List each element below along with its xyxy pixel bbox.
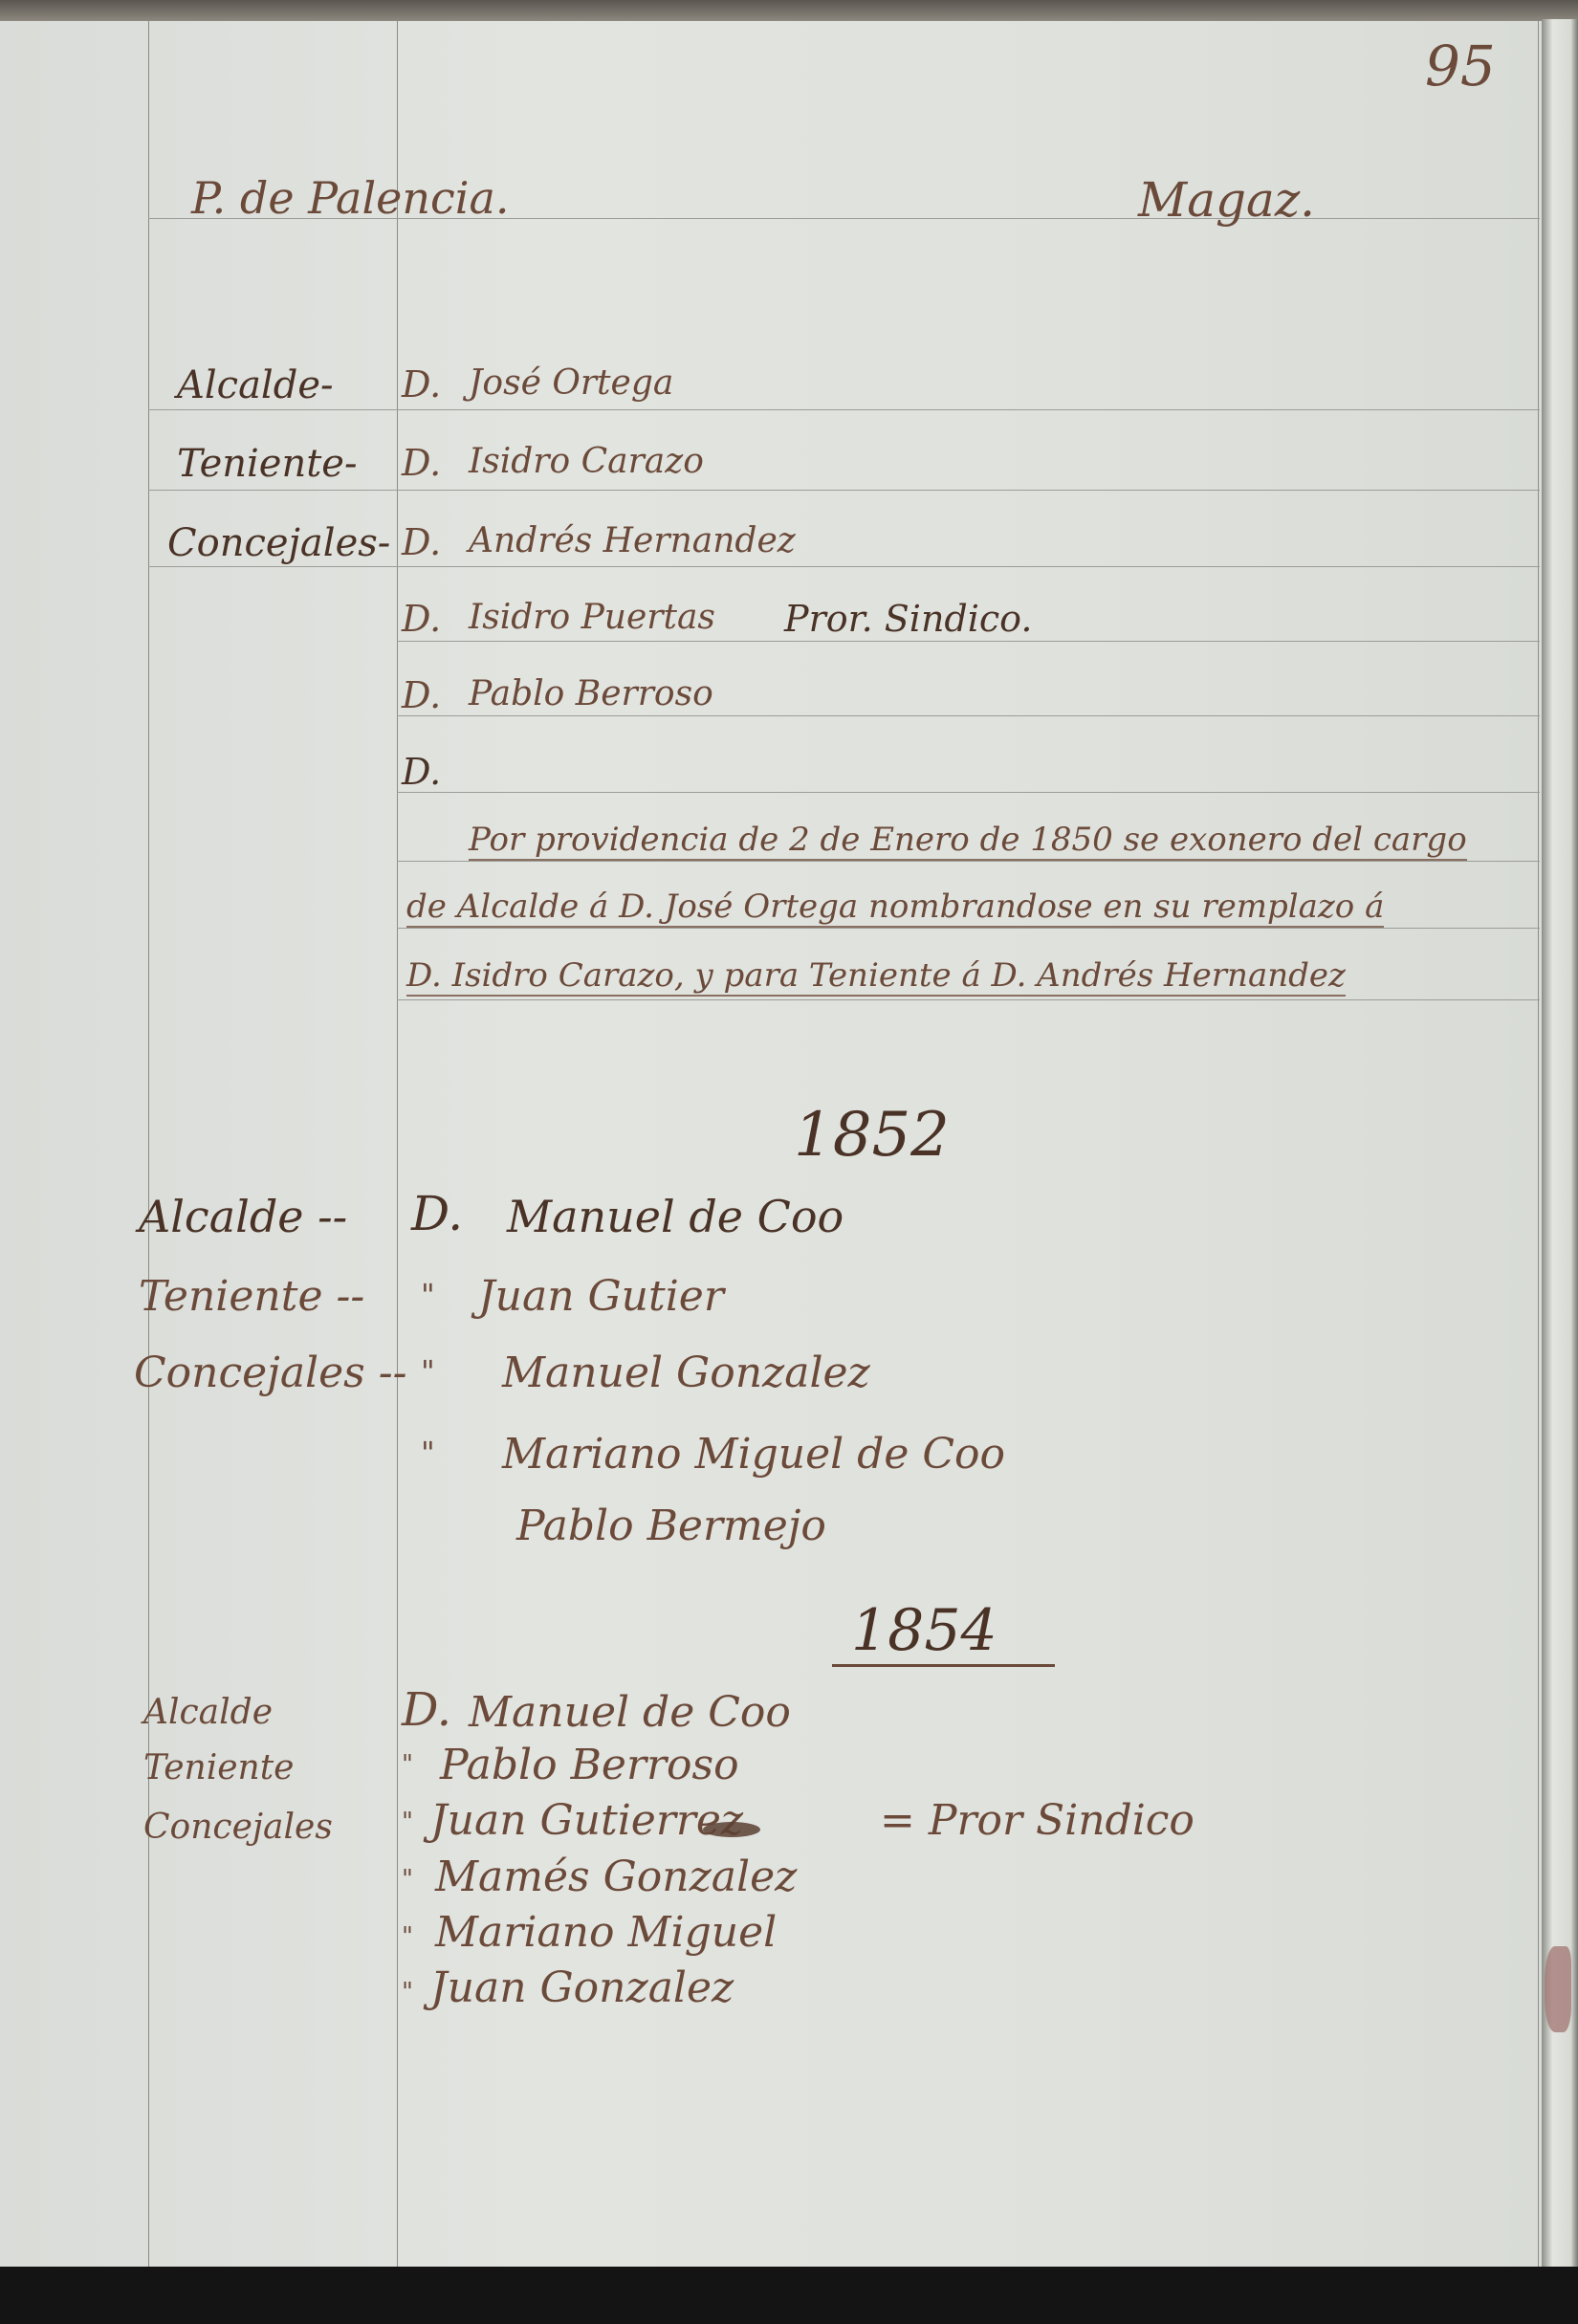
member-name: Juan Gutier [478, 1272, 724, 1321]
prefix: D. [402, 598, 441, 640]
role-label: Alcalde [143, 1693, 273, 1732]
rule [148, 566, 1540, 567]
rule [397, 641, 1540, 642]
rule [397, 792, 1540, 793]
member-name: Mariano Miguel [435, 1908, 777, 1957]
province-title: P. de Palencia. [191, 172, 510, 224]
member-note: Pror. Sindico. [784, 598, 1032, 640]
rule [397, 928, 1540, 929]
prefix: D. [402, 751, 441, 793]
book-bottom-shadow [0, 2267, 1578, 2324]
margin-line-right [1538, 21, 1539, 2269]
role-label: Concejales -- [134, 1348, 406, 1397]
role-label: Teniente -- [139, 1272, 364, 1321]
paragraph-line: Por providencia de 2 de Enero de 1850 se… [469, 821, 1467, 861]
ditto-mark: " [421, 1353, 435, 1390]
paragraph-line: D. Isidro Carazo, y para Teniente á D. A… [406, 956, 1346, 997]
ditto-mark: " [402, 1978, 413, 2006]
role-label: Teniente [143, 1748, 294, 1787]
column-divider [397, 21, 398, 2269]
member-name: Pablo Berroso [469, 674, 713, 713]
member-name: Manuel Gonzalez [502, 1348, 870, 1397]
role-label: Alcalde -- [139, 1191, 347, 1242]
ditto-mark: " [402, 1922, 413, 1951]
member-name: Manuel de Coo [469, 1688, 791, 1737]
member-name: Juan Gutierrez [430, 1796, 743, 1845]
municipality-title: Magaz. [1138, 172, 1315, 228]
prefix: D. [402, 521, 441, 563]
member-name: Mamés Gonzalez [435, 1853, 797, 1901]
rule [148, 409, 1540, 410]
rule [148, 490, 1540, 491]
role-label: Teniente- [177, 442, 358, 486]
ink-blot [703, 1822, 760, 1837]
ditto-mark: " [402, 1750, 413, 1779]
role-label: Concejales- [167, 521, 390, 565]
member-name: Pablo Bermejo [516, 1502, 826, 1550]
prefix: D. [411, 1186, 463, 1241]
role-label: Alcalde- [177, 363, 334, 407]
member-name: José Ortega [469, 363, 673, 403]
ditto-mark: " [421, 1277, 435, 1313]
member-note: = Pror Sindico [880, 1796, 1194, 1845]
year-heading: 1854 [832, 1597, 1055, 1667]
member-name: Juan Gonzalez [430, 1963, 734, 2012]
page-number: 95 [1425, 33, 1496, 99]
rule [397, 715, 1540, 716]
prefix: D. [402, 363, 441, 406]
margin-line-left [148, 21, 149, 2269]
prefix: D. [402, 674, 441, 716]
member-name: Manuel de Coo [507, 1191, 844, 1242]
member-name: Pablo Berroso [440, 1741, 739, 1789]
paragraph-line: de Alcalde á D. José Ortega nombrandose … [406, 888, 1384, 928]
ditto-mark: " [402, 1808, 413, 1836]
ditto-mark: " [421, 1435, 435, 1471]
rule [397, 861, 1540, 862]
prefix: D. [402, 1683, 451, 1737]
rule [397, 999, 1540, 1000]
ditto-mark: " [402, 1865, 413, 1894]
role-label: Concejales [143, 1808, 333, 1847]
ink-stain [1545, 1946, 1571, 2032]
prefix: D. [402, 442, 441, 484]
member-name: Isidro Puertas [469, 598, 715, 637]
year-heading: 1852 [794, 1100, 950, 1171]
member-name: Isidro Carazo [469, 442, 704, 481]
member-name: Andrés Hernandez [469, 521, 796, 560]
member-name: Mariano Miguel de Coo [502, 1430, 1005, 1479]
